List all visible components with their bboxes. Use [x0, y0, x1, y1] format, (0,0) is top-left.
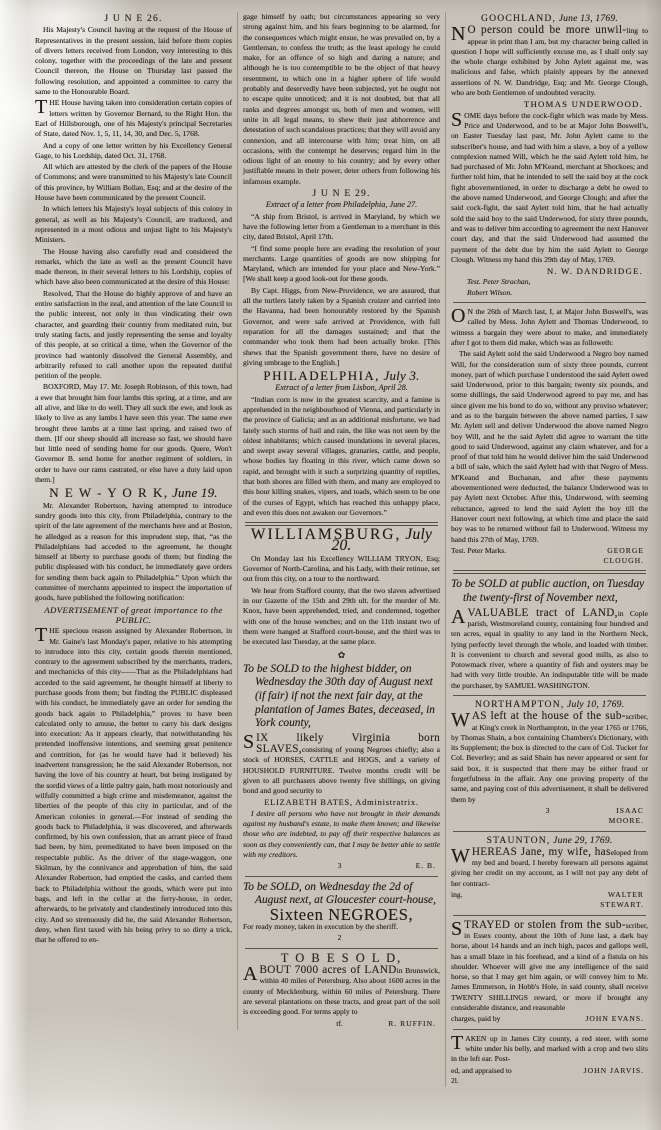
- text: And a copy of one letter written by his …: [35, 141, 232, 160]
- text: N E W - Y O R K,: [49, 485, 168, 500]
- text: PHILADELPHIA,: [263, 368, 380, 383]
- text: J U N E 29.: [312, 188, 370, 199]
- paragraph-text: ling to appear in print than I am, but m…: [451, 26, 648, 97]
- text: On Monday last his Excellency WILLIAM TR…: [243, 554, 440, 584]
- text: ADVERTISEMENT of great importance to the…: [44, 605, 222, 625]
- block-row: ed, and appraised to 2l.JOHN JARVIS.: [451, 1066, 648, 1087]
- text: Resolved, That the House do highly appro…: [35, 289, 232, 380]
- block-p: “Indian corn is now in the greatest scar…: [243, 395, 440, 519]
- row-text-right: E. B.: [372, 861, 440, 871]
- lead-line: HEREAS Jane, my wife, has: [472, 846, 611, 858]
- drop-cap-letter: W: [451, 847, 472, 864]
- block-sig-center: ELIZABETH BATES, Administratrix.: [243, 798, 440, 808]
- row-text-left: [243, 933, 307, 943]
- drop-cap-letter: T: [35, 626, 49, 643]
- block-dateline: NORTHAMPTON, July 10, 1769.: [451, 700, 648, 710]
- row-text-center: [515, 1066, 579, 1087]
- row-text-left: [451, 806, 515, 827]
- paragraph-text: in Cople parish, Westmoreland county, co…: [451, 609, 648, 690]
- lead-line: VALUABLE tract of LAND,: [467, 607, 617, 619]
- block-dropcap: THE House having taken into consideratio…: [35, 98, 232, 139]
- text: I desire all persons who have not brough…: [243, 809, 440, 859]
- row-text-center: tf.: [307, 1019, 371, 1029]
- text: Mr. Alexander Robertson, having attempte…: [35, 501, 232, 603]
- row-text-left: Test. Peter Marks.: [451, 546, 515, 567]
- row-text-left: [243, 1019, 307, 1029]
- section-rule: [453, 915, 646, 916]
- row-text-left: charges, paid by: [451, 1014, 515, 1024]
- block-italic: Extract of a letter from Lisbon, April 2…: [243, 383, 440, 393]
- section-rule: [453, 1029, 646, 1030]
- block-dropcap: WHEREAS Jane, my wife, haseloped from my…: [451, 847, 648, 889]
- row-text-right: JOHN JARVIS.: [580, 1066, 648, 1087]
- block-dropcap: SIX likely Virginia born SLAVES,consisti…: [243, 733, 440, 797]
- drop-cap-letter: S: [451, 111, 464, 128]
- block-ornament: ✿: [243, 650, 440, 660]
- block-dropcap: ON the 26th of March last, I, at Major J…: [451, 307, 648, 348]
- block-row: ing.WALTER STEWART.: [451, 890, 648, 911]
- section-rule: [453, 695, 646, 696]
- paragraph-text: scriber, in Essex county, about the 10th…: [451, 921, 648, 1012]
- row-text-right: ISAAC MOORE.: [580, 806, 648, 827]
- row-text-right: GEORGE CLOUGH.: [580, 546, 648, 567]
- block-p: “I find some people here are evading the…: [243, 244, 440, 285]
- row-text-center: 2: [307, 933, 371, 943]
- block-p: And a copy of one letter written by his …: [35, 141, 232, 162]
- dateline-date: June 19.: [169, 485, 218, 500]
- block-p: BOXFORD, May 17. Mr. Joseph Robinson, of…: [35, 382, 232, 485]
- text: Extract of a letter from Lisbon, April 2…: [275, 383, 408, 392]
- block-dropcap: NO person could be more unwil-ling to ap…: [451, 25, 648, 98]
- attest-line: Robert Wilson.: [467, 288, 648, 298]
- row-text-center: [515, 546, 579, 567]
- text: All which are attested by the clerk of t…: [35, 162, 232, 202]
- dateline-date: June 13, 1769.: [556, 13, 618, 24]
- section-rule: [453, 831, 646, 832]
- block-sig: N. W. DANDRIDGE.: [451, 266, 648, 276]
- text: To be SOLD at public auction, on Tuesday…: [451, 578, 644, 604]
- block-p0: gage himself by oath; but circumstances …: [243, 12, 440, 187]
- block-adhead: To be SOLD, on Wednesday the 2d of Augus…: [243, 881, 440, 908]
- block-dateline: J U N E 29.: [243, 189, 440, 199]
- block-dropcap: SOME days before the cock-fight which wa…: [451, 111, 648, 265]
- text: “I find some people here are evading the…: [243, 244, 440, 284]
- block-big: Sixteen NEGROES,: [243, 910, 440, 920]
- block-dropcap: ABOUT 7000 acres of LANDin Brunswick, wi…: [243, 965, 440, 1017]
- drop-cap-letter: A: [451, 608, 467, 625]
- section-rule: [453, 302, 646, 303]
- row-text-center: [515, 890, 579, 911]
- row-text-right: [372, 933, 440, 943]
- drop-cap-letter: T: [35, 98, 49, 115]
- block-dropcap: TAKEN up in James City county, a red ste…: [451, 1034, 648, 1065]
- flower-ornament-icon: ✿: [338, 650, 346, 660]
- text: The House having also carefully read and…: [35, 247, 232, 287]
- block-attest: Test. Peter Strachan, Robert Wilson.: [451, 277, 648, 298]
- block-p: The said Aylett sold the said Underwood …: [451, 349, 648, 545]
- newspaper-page: J U N E 26.His Majesty's Council having …: [0, 0, 661, 1130]
- text: To be SOLD, on Wednesday the 2d of Augus…: [243, 881, 436, 907]
- row-text-right: WALTER STEWART.: [580, 890, 648, 911]
- block-p: The House having also carefully read and…: [35, 247, 232, 288]
- paragraph-text: scriber, at King's creek in Northampton,…: [451, 712, 648, 803]
- lead-line: AS left at the house of the sub-: [472, 710, 626, 722]
- block-p: “A ship from Bristol, is arrived in Mary…: [243, 212, 440, 243]
- text: THOMAS UNDERWOOD.: [524, 99, 643, 109]
- block-p: All which are attested by the clerk of t…: [35, 162, 232, 203]
- text: “Indian corn is now in the greatest scar…: [243, 395, 440, 517]
- section-rule: [245, 876, 438, 877]
- block-row: 3E. B.: [243, 861, 440, 871]
- drop-cap-letter: A: [243, 965, 259, 982]
- block-p: On Monday last his Excellency WILLIAM TR…: [243, 554, 440, 585]
- block-row: 2: [243, 933, 440, 943]
- block-adhead: To be SOLD at public auction, on Tuesday…: [451, 578, 648, 605]
- row-text-right: JOHN EVANS.: [580, 1014, 648, 1024]
- section-rule: [245, 948, 438, 949]
- dateline-date: July 10, 1769.: [564, 699, 624, 710]
- paragraph-text: HE House having taken into consideration…: [35, 98, 232, 138]
- text: His Majesty's Council having at the requ…: [35, 25, 232, 96]
- dateline-date: July 3.: [380, 368, 420, 383]
- block-dateline: GOOCHLAND, June 13, 1769.: [451, 14, 648, 24]
- row-text-center: 3: [307, 861, 371, 871]
- drop-cap-letter: S: [451, 920, 464, 937]
- paragraph-text: HE specious reason assigned by Alexander…: [35, 626, 232, 944]
- text: WILLIAMSBURG,: [251, 526, 401, 543]
- block-row: tf.R. RUFFIN.: [243, 1019, 440, 1029]
- block-dropcap: AVALUABLE tract of LAND,in Cople parish,…: [451, 608, 648, 691]
- row-text-center: [515, 1014, 579, 1024]
- block-p: His Majesty's Council having at the requ…: [35, 25, 232, 97]
- block-p: Resolved, That the House do highly appro…: [35, 289, 232, 382]
- block-row: Test. Peter Marks.GEORGE CLOUGH.: [451, 546, 648, 567]
- row-text-left: ed, and appraised to 2l.: [451, 1066, 515, 1087]
- block-dropcap: WAS left at the house of the sub-scriber…: [451, 711, 648, 805]
- column-right: GOOCHLAND, June 13, 1769.NO person could…: [445, 12, 653, 1087]
- block-heading-lg: WILLIAMSBURG, July 20.: [243, 530, 440, 551]
- drop-cap-letter: O: [451, 307, 467, 324]
- section-double-rule: [453, 570, 646, 574]
- drop-cap-letter: S: [243, 733, 256, 750]
- block-row: charges, paid byJOHN EVANS.: [451, 1014, 648, 1024]
- block-italic: Extract of a letter from Philadelphia, J…: [243, 200, 440, 210]
- block-dateline: STAUNTON, June 29, 1769.: [451, 836, 648, 846]
- lead-line: O person could be more unwil-: [467, 24, 626, 36]
- lead-line: BOUT 7000 acres of LAND: [259, 964, 396, 976]
- text: T O B E S O L D,: [281, 951, 403, 965]
- drop-cap-letter: N: [451, 25, 467, 42]
- row-text-left: ing.: [451, 890, 515, 911]
- text: “A ship from Bristol, is arrived in Mary…: [243, 212, 440, 242]
- text: Sixteen NEGROES,: [270, 905, 413, 924]
- text: ELIZABETH BATES, Administratrix.: [264, 798, 418, 807]
- row-text-center: 3: [515, 806, 579, 827]
- text: The said Aylett sold the said Underwood …: [451, 349, 648, 543]
- lead-line: TRAYED or stolen from the sub-: [464, 919, 626, 931]
- block-adhead: To be SOLD to the highest bidder, on Wed…: [243, 663, 440, 731]
- block-advhead: ADVERTISEMENT of great importance to the…: [35, 605, 232, 626]
- text: In which letters his Majesty's loyal sub…: [35, 204, 232, 244]
- row-text-left: [243, 861, 307, 871]
- block-dropcap: STRAYED or stolen from the sub-scriber, …: [451, 920, 648, 1014]
- block-p: In which letters his Majesty's loyal sub…: [35, 204, 232, 245]
- attest-line: Test. Peter Strachan,: [467, 277, 648, 287]
- drop-cap-letter: W: [451, 711, 472, 728]
- text: NORTHAMPTON,: [475, 699, 565, 710]
- block-dateline: J U N E 26.: [35, 14, 232, 24]
- paragraph-text: N the 26th of March last, I, at Major Jo…: [451, 307, 648, 347]
- text: By Capt. Higgs, from New-Providence, we …: [243, 286, 440, 367]
- block-row: 3ISAAC MOORE.: [451, 806, 648, 827]
- page-columns: J U N E 26.His Majesty's Council having …: [30, 12, 653, 1087]
- text: STAUNTON,: [487, 835, 551, 846]
- block-heading: PHILADELPHIA, July 3.: [243, 371, 440, 381]
- text: To be SOLD to the highest bidder, on Wed…: [243, 663, 435, 729]
- block-dateline-lg: T O B E S O L D,: [243, 953, 440, 963]
- paragraph-text: AKEN up in James City county, a red stee…: [451, 1034, 648, 1064]
- paragraph-text: OME days before the cock-fight which was…: [451, 111, 648, 264]
- block-dropcap: THE specious reason assigned by Alexande…: [35, 626, 232, 945]
- text: N. W. DANDRIDGE.: [547, 266, 643, 276]
- block-p: We hear from Stafford county, that the t…: [243, 586, 440, 648]
- text: J U N E 26.: [104, 13, 162, 24]
- block-sig: THOMAS UNDERWOOD.: [451, 99, 648, 109]
- dateline-date: June 29, 1769.: [551, 835, 613, 846]
- column-middle: gage himself by oath; but circumstances …: [237, 12, 445, 1030]
- text: We hear from Stafford county, that the t…: [243, 586, 440, 646]
- block-heading: N E W - Y O R K, June 19.: [35, 488, 232, 498]
- text: Extract of a letter from Philadelphia, J…: [266, 200, 417, 209]
- text: BOXFORD, May 17. Mr. Joseph Robinson, of…: [35, 382, 232, 484]
- block-p: By Capt. Higgs, from New-Providence, we …: [243, 286, 440, 368]
- text: gage himself by oath; but circumstances …: [243, 12, 440, 186]
- row-text-right: R. RUFFIN.: [372, 1019, 440, 1029]
- text: GOOCHLAND,: [481, 13, 556, 24]
- block-p-italic: I desire all persons who have not brough…: [243, 809, 440, 860]
- text: For ready money, taken in execution by t…: [243, 922, 398, 931]
- column-left: J U N E 26.His Majesty's Council having …: [30, 12, 237, 946]
- drop-cap-letter: T: [451, 1034, 465, 1051]
- block-p: Mr. Alexander Robertson, having attempte…: [35, 501, 232, 604]
